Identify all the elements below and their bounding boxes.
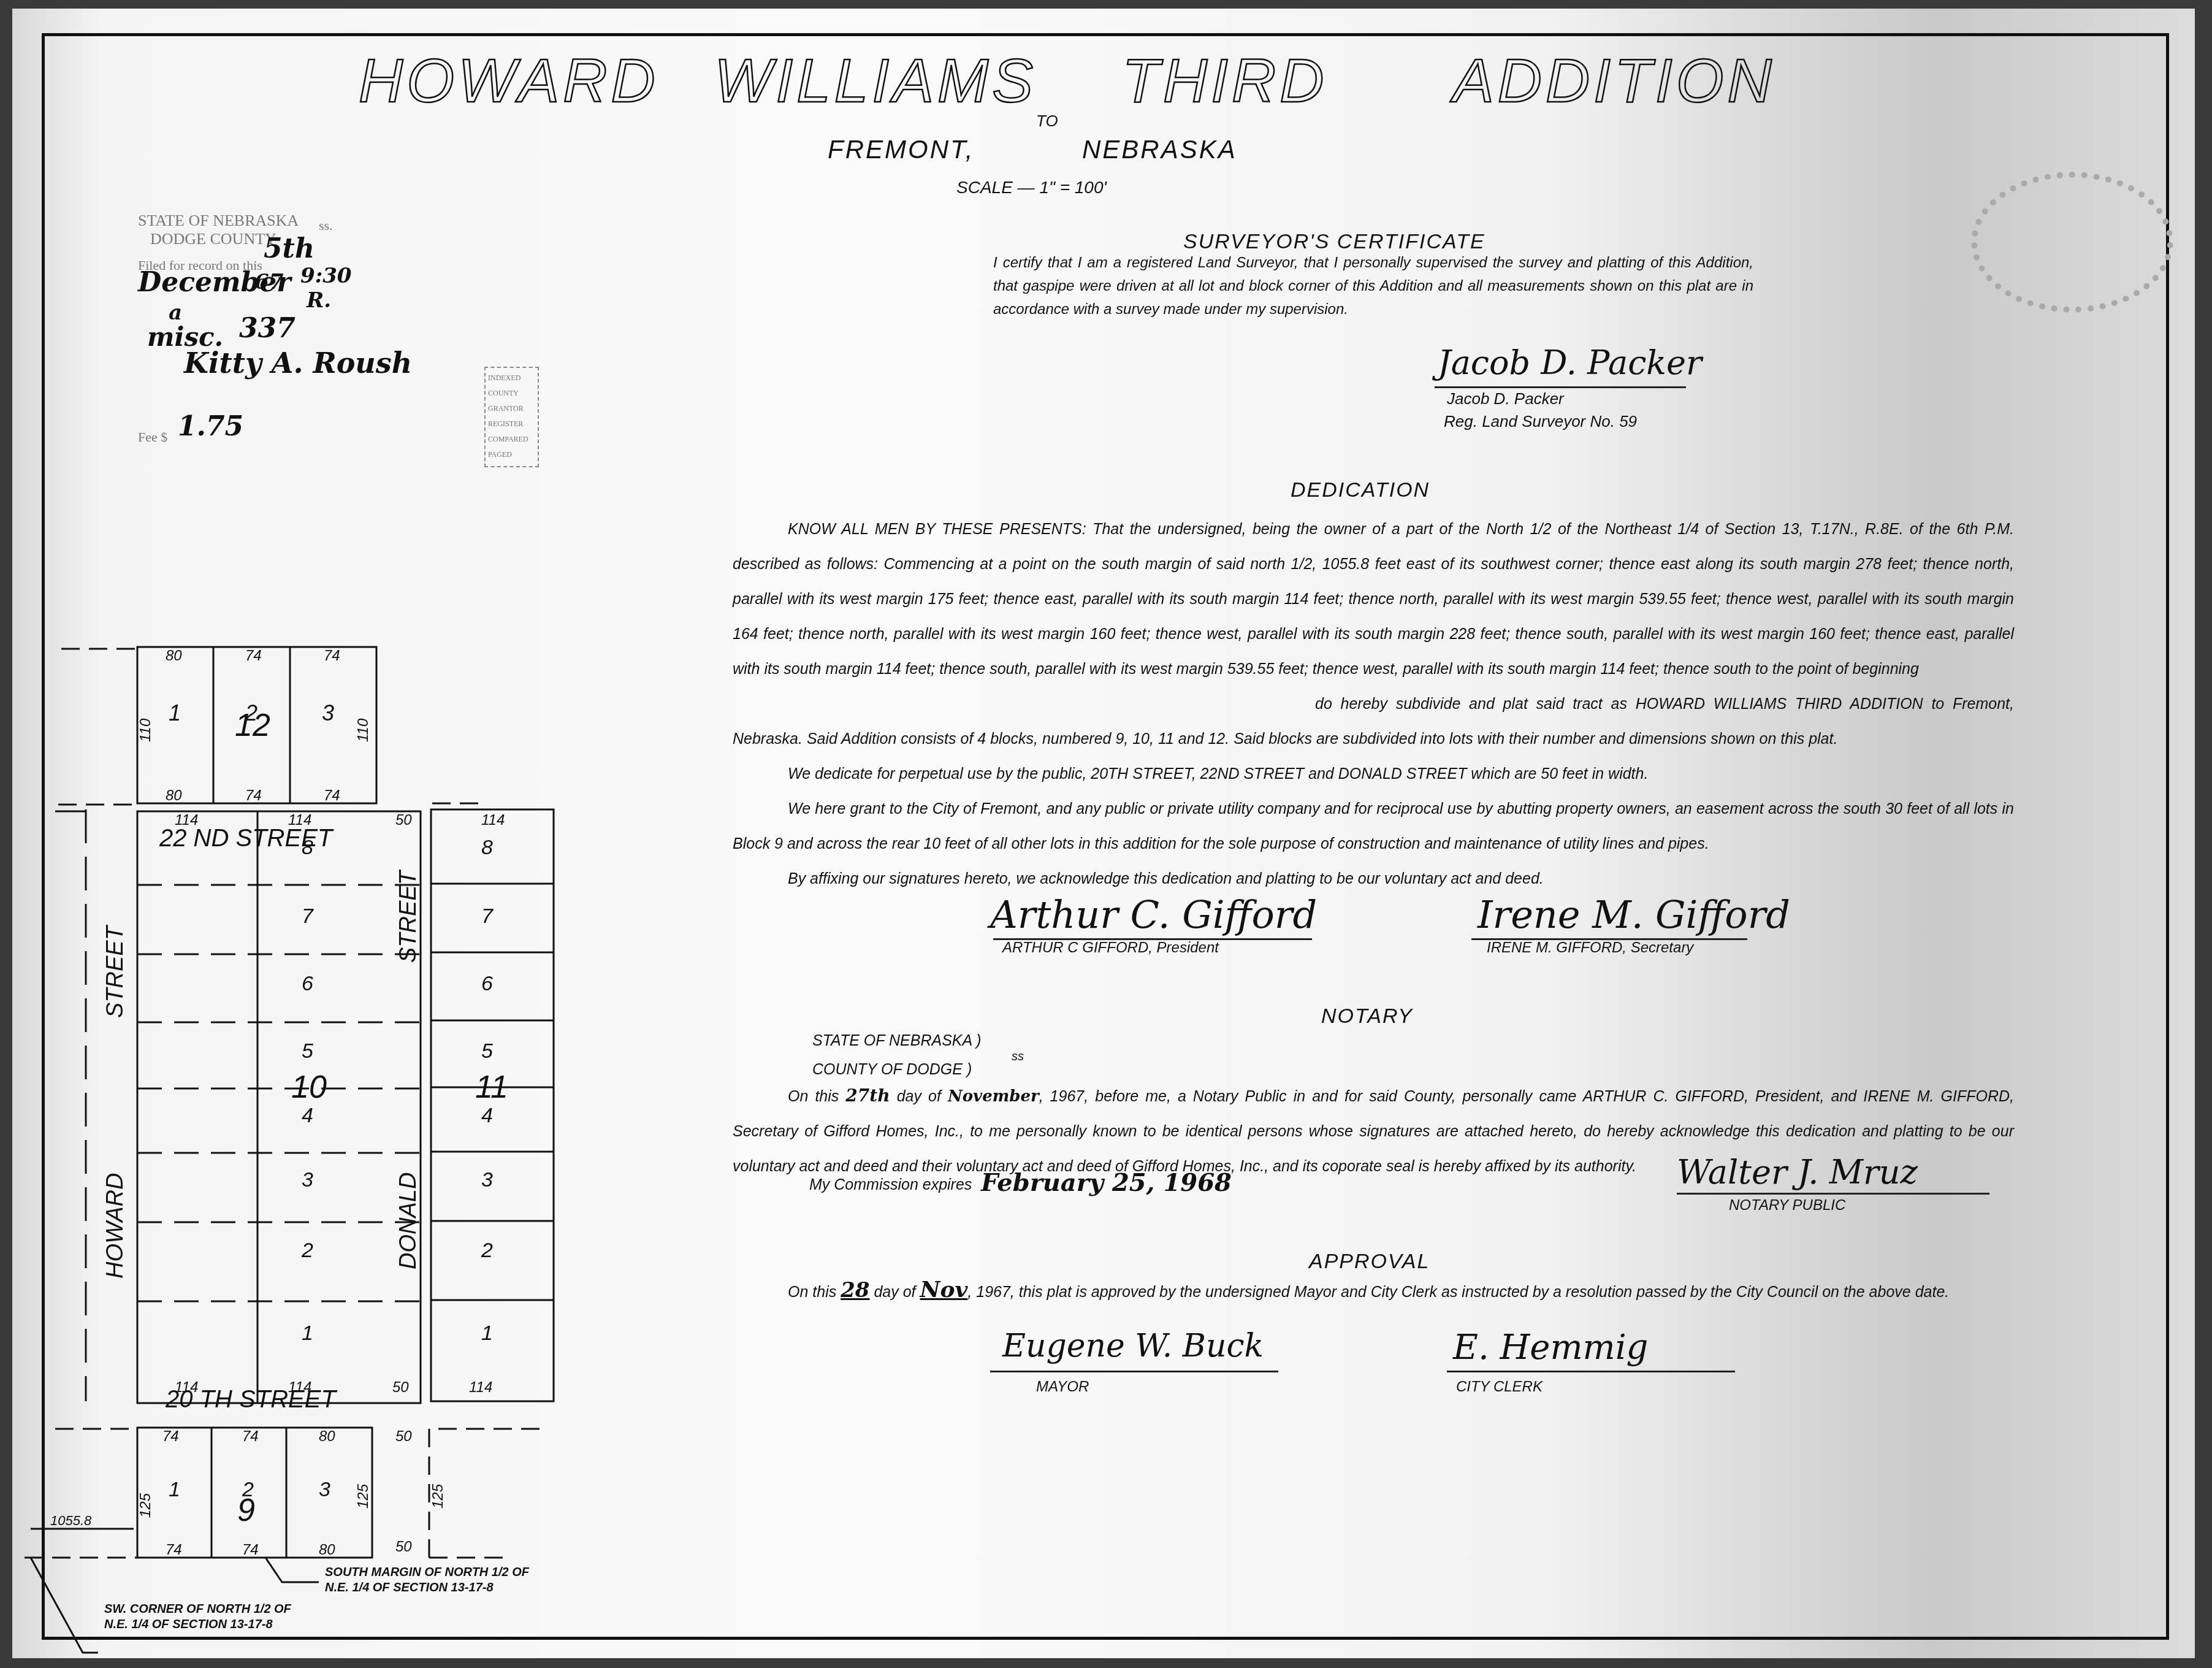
svg-text:8: 8 — [481, 836, 493, 859]
svg-text:114: 114 — [481, 812, 505, 828]
block-11-number: 11 — [475, 1069, 508, 1105]
block-10-outline — [137, 811, 421, 1403]
svg-text:114: 114 — [175, 812, 198, 828]
svg-text:50: 50 — [392, 1379, 409, 1396]
svg-text:74: 74 — [242, 1428, 259, 1445]
svg-text:5: 5 — [302, 1039, 313, 1063]
svg-text:74: 74 — [242, 1542, 259, 1558]
svg-text:114: 114 — [175, 1379, 198, 1396]
svg-text:110: 110 — [355, 718, 372, 742]
svg-text:125: 125 — [430, 1483, 446, 1509]
svg-text:74: 74 — [162, 1428, 179, 1445]
svg-text:74: 74 — [324, 648, 340, 664]
svg-text:125: 125 — [137, 1493, 154, 1518]
svg-text:80: 80 — [319, 1428, 335, 1445]
howard-street-label-street: STREET — [102, 924, 128, 1018]
svg-text:6: 6 — [481, 972, 493, 995]
svg-text:7: 7 — [481, 905, 494, 928]
svg-text:8: 8 — [302, 836, 313, 859]
svg-text:5: 5 — [481, 1039, 493, 1063]
svg-text:74: 74 — [245, 648, 262, 664]
offset-dimension: 1055.8 — [50, 1513, 92, 1528]
svg-text:80: 80 — [319, 1542, 335, 1558]
svg-text:74: 74 — [324, 787, 340, 804]
svg-text:1: 1 — [169, 700, 181, 725]
howard-street-label-name: HOWARD — [102, 1173, 128, 1279]
svg-text:3: 3 — [319, 1478, 330, 1501]
svg-text:N.E. 1/4 OF SECTION 13-17-8: N.E. 1/4 OF SECTION 13-17-8 — [325, 1581, 494, 1594]
svg-text:6: 6 — [302, 972, 313, 995]
svg-text:2: 2 — [301, 1239, 313, 1262]
svg-text:SW. CORNER OF NORTH 1/2 OF: SW. CORNER OF NORTH 1/2 OF — [104, 1602, 292, 1616]
block-12-number: 12 — [235, 708, 270, 743]
plat-drawing: 80 74 74 80 74 74 1 2 3 12 110 110 22 ND… — [0, 0, 2212, 1668]
svg-text:114: 114 — [469, 1379, 492, 1396]
svg-text:7: 7 — [302, 905, 314, 928]
svg-text:50: 50 — [395, 1428, 412, 1445]
svg-text:114: 114 — [288, 812, 311, 828]
svg-text:1: 1 — [481, 1322, 493, 1345]
svg-text:SOUTH MARGIN OF NORTH 1/2 OF: SOUTH MARGIN OF NORTH 1/2 OF — [325, 1566, 530, 1579]
svg-text:80: 80 — [166, 787, 182, 804]
svg-text:74: 74 — [245, 787, 262, 804]
donald-street-label-street: STREET — [395, 869, 421, 963]
block-9-number: 9 — [237, 1493, 255, 1528]
block-10-number: 10 — [291, 1069, 327, 1105]
svg-text:1: 1 — [302, 1322, 313, 1345]
svg-text:1: 1 — [169, 1478, 180, 1501]
svg-text:125: 125 — [355, 1483, 372, 1509]
svg-text:3: 3 — [322, 700, 334, 725]
donald-street-label-name: DONALD — [395, 1173, 421, 1269]
svg-text:50: 50 — [395, 1539, 412, 1555]
svg-text:114: 114 — [288, 1379, 311, 1396]
svg-text:3: 3 — [302, 1168, 313, 1192]
svg-text:110: 110 — [137, 718, 154, 742]
svg-text:80: 80 — [166, 648, 182, 664]
svg-text:4: 4 — [302, 1104, 313, 1127]
svg-text:3: 3 — [481, 1168, 493, 1192]
svg-text:74: 74 — [166, 1542, 182, 1558]
svg-text:N.E. 1/4 OF SECTION 13-17-8: N.E. 1/4 OF SECTION 13-17-8 — [104, 1618, 273, 1631]
svg-text:2: 2 — [481, 1239, 493, 1262]
svg-text:4: 4 — [481, 1104, 493, 1127]
svg-text:50: 50 — [395, 812, 412, 828]
